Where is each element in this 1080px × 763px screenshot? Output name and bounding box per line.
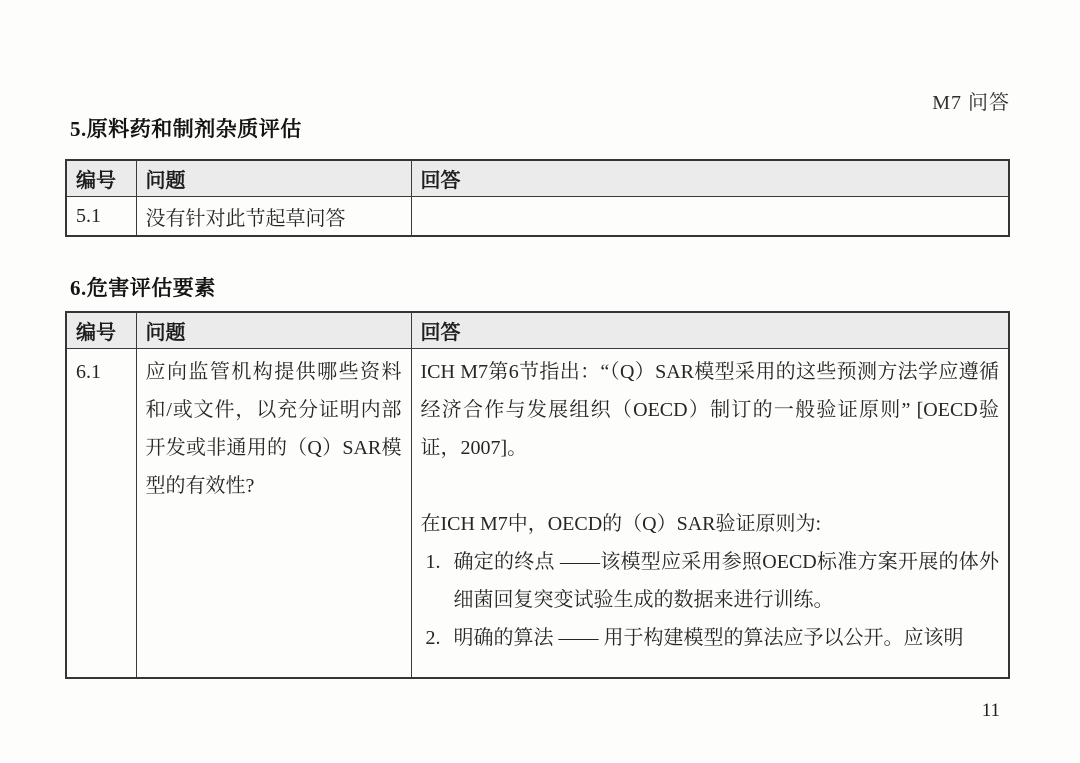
list-item-text: 确定的终点 ——该模型应采用参照OECD标准方案开展的体外细菌回复突变试验生成的…: [454, 543, 1000, 619]
question-cell: 没有针对此节起草问答: [136, 197, 411, 237]
list-item-text: 明确的算法 —— 用于构建模型的算法应予以公开。应该明: [454, 619, 1000, 657]
list-number: 1.: [426, 543, 454, 619]
table-header-row: 编号 问题 回答: [66, 160, 1009, 197]
list-number: 2.: [426, 619, 454, 657]
page-number: 11: [982, 700, 1000, 722]
column-header-id: 编号: [66, 160, 136, 197]
question-text: 应向监管机构提供哪些资料和/或文件，以充分证明内部开发或非通用的（Q）SAR模型…: [146, 353, 402, 505]
section-5-table: 编号 问题 回答 5.1 没有针对此节起草问答: [65, 159, 1010, 237]
answer-cell: [411, 197, 1009, 237]
document-header-label: M7 问答: [932, 86, 1010, 115]
column-header-id: 编号: [66, 312, 136, 349]
section-5-title: 5.原料药和制剂杂质评估: [70, 113, 302, 143]
table-row: 6.1 应向监管机构提供哪些资料和/或文件，以充分证明内部开发或非通用的（Q）S…: [66, 349, 1009, 679]
row-id-text: 6.1: [76, 353, 127, 391]
row-id-cell: 5.1: [66, 197, 136, 237]
row-id-cell: 6.1: [66, 349, 136, 679]
answer-list-item-2: 2. 明确的算法 —— 用于构建模型的算法应予以公开。应该明: [421, 619, 1000, 657]
table-header-row: 编号 问题 回答: [66, 312, 1009, 349]
column-header-answer: 回答: [411, 312, 1009, 349]
document-page: M7 问答 5.原料药和制剂杂质评估 编号 问题 回答 5.1 没有针对此节起草…: [0, 0, 1080, 763]
section-6-title: 6.危害评估要素: [70, 272, 216, 302]
column-header-question: 问题: [136, 160, 411, 197]
question-cell: 应向监管机构提供哪些资料和/或文件，以充分证明内部开发或非通用的（Q）SAR模型…: [136, 349, 411, 679]
answer-list-item-1: 1. 确定的终点 ——该模型应采用参照OECD标准方案开展的体外细菌回复突变试验…: [421, 543, 1000, 619]
section-6-table: 编号 问题 回答 6.1 应向监管机构提供哪些资料和/或文件，以充分证明内部开发…: [65, 311, 1010, 679]
column-header-answer: 回答: [411, 160, 1009, 197]
answer-paragraph-1: ICH M7第6节指出：“（Q）SAR模型采用的这些预测方法学应遵循经济合作与发…: [421, 353, 1000, 467]
answer-cell: ICH M7第6节指出：“（Q）SAR模型采用的这些预测方法学应遵循经济合作与发…: [411, 349, 1009, 679]
table-row: 5.1 没有针对此节起草问答: [66, 197, 1009, 237]
answer-paragraph-2: 在ICH M7中，OECD的（Q）SAR验证原则为:: [421, 505, 1000, 543]
column-header-question: 问题: [136, 312, 411, 349]
